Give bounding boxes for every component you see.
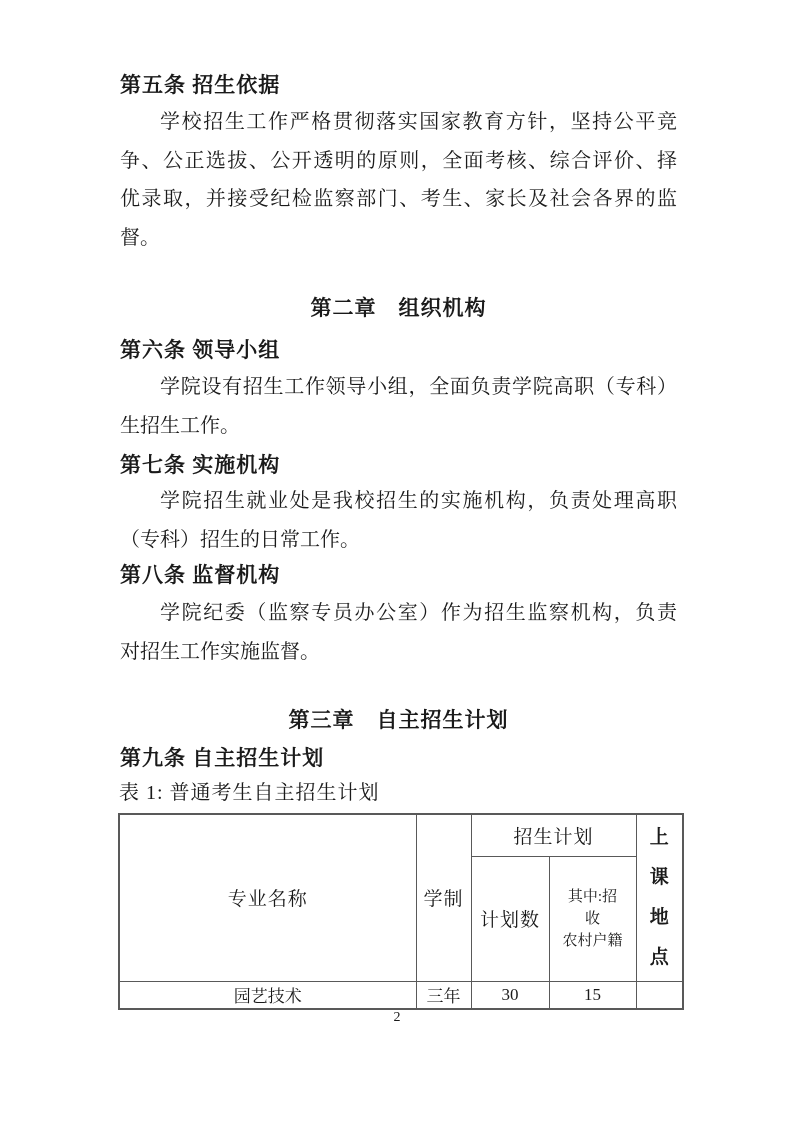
cell-plan-count: 30 [471, 981, 549, 1009]
paragraph-line: 生招生工作。 [120, 407, 677, 446]
cell-major: 园艺技术 [119, 981, 416, 1009]
paragraph-line: 优录取，并接受纪检监察部门、考生、家长及社会各界的监 [120, 180, 677, 219]
header-location-text: 上课地点 [649, 818, 670, 978]
header-location: 上课地点 [636, 814, 683, 981]
header-major: 专业名称 [119, 814, 416, 981]
document-page: 第五条 招生依据 学校招生工作严格贯彻落实国家教育方针，坚持公平竞 争、公正选拔… [0, 0, 794, 1123]
paragraph-line: 对招生工作实施监督。 [120, 633, 677, 672]
enrollment-plan-table: 专业名称 学制 招生计划 上课地点 计划数 其中:招 收 农村户籍 园艺技术 三… [118, 813, 684, 1010]
article-7-paragraph: 学院招生就业处是我校招生的实施机构，负责处理高职 （专科）招生的日常工作。 [120, 482, 677, 559]
paragraph-line: 学院招生就业处是我校招生的实施机构，负责处理高职 [120, 482, 677, 521]
article-9-heading: 第九条 自主招生计划 [120, 744, 677, 772]
chapter-3-heading: 第三章 自主招生计划 [120, 706, 677, 734]
header-rural-quota: 其中:招 收 农村户籍 [549, 856, 636, 981]
paragraph-line: 学校招生工作严格贯彻落实国家教育方针，坚持公平竞 [120, 103, 677, 142]
article-5-paragraph: 学校招生工作严格贯彻落实国家教育方针，坚持公平竞 争、公正选拔、公开透明的原则，… [120, 103, 677, 257]
header-plan-count: 计划数 [471, 856, 549, 981]
article-5-heading: 第五条 招生依据 [120, 71, 677, 99]
article-8-paragraph: 学院纪委（监察专员办公室）作为招生监察机构，负责 对招生工作实施监督。 [120, 594, 677, 671]
paragraph-line: （专科）招生的日常工作。 [120, 521, 677, 560]
chapter-2-heading: 第二章 组织机构 [120, 294, 677, 322]
cell-duration: 三年 [416, 981, 471, 1009]
table-1-caption: 表 1: 普通考生自主招生计划 [119, 779, 676, 807]
article-8-heading: 第八条 监督机构 [120, 561, 677, 589]
cell-location [636, 981, 683, 1009]
page-number: 2 [0, 1008, 794, 1028]
paragraph-line: 学院纪委（监察专员办公室）作为招生监察机构，负责 [120, 594, 677, 633]
article-6-heading: 第六条 领导小组 [120, 336, 677, 364]
header-plan-group: 招生计划 [471, 814, 636, 856]
header-duration: 学制 [416, 814, 471, 981]
article-6-paragraph: 学院设有招生工作领导小组，全面负责学院高职（专科） 生招生工作。 [120, 368, 677, 445]
paragraph-line: 督。 [120, 219, 677, 258]
article-7-heading: 第七条 实施机构 [120, 451, 677, 479]
paragraph-line: 学院设有招生工作领导小组，全面负责学院高职（专科） [120, 368, 677, 407]
cell-rural-quota: 15 [549, 981, 636, 1009]
table-row: 园艺技术 三年 30 15 [119, 981, 683, 1009]
paragraph-line: 争、公正选拔、公开透明的原则，全面考核、综合评价、择 [120, 142, 677, 181]
